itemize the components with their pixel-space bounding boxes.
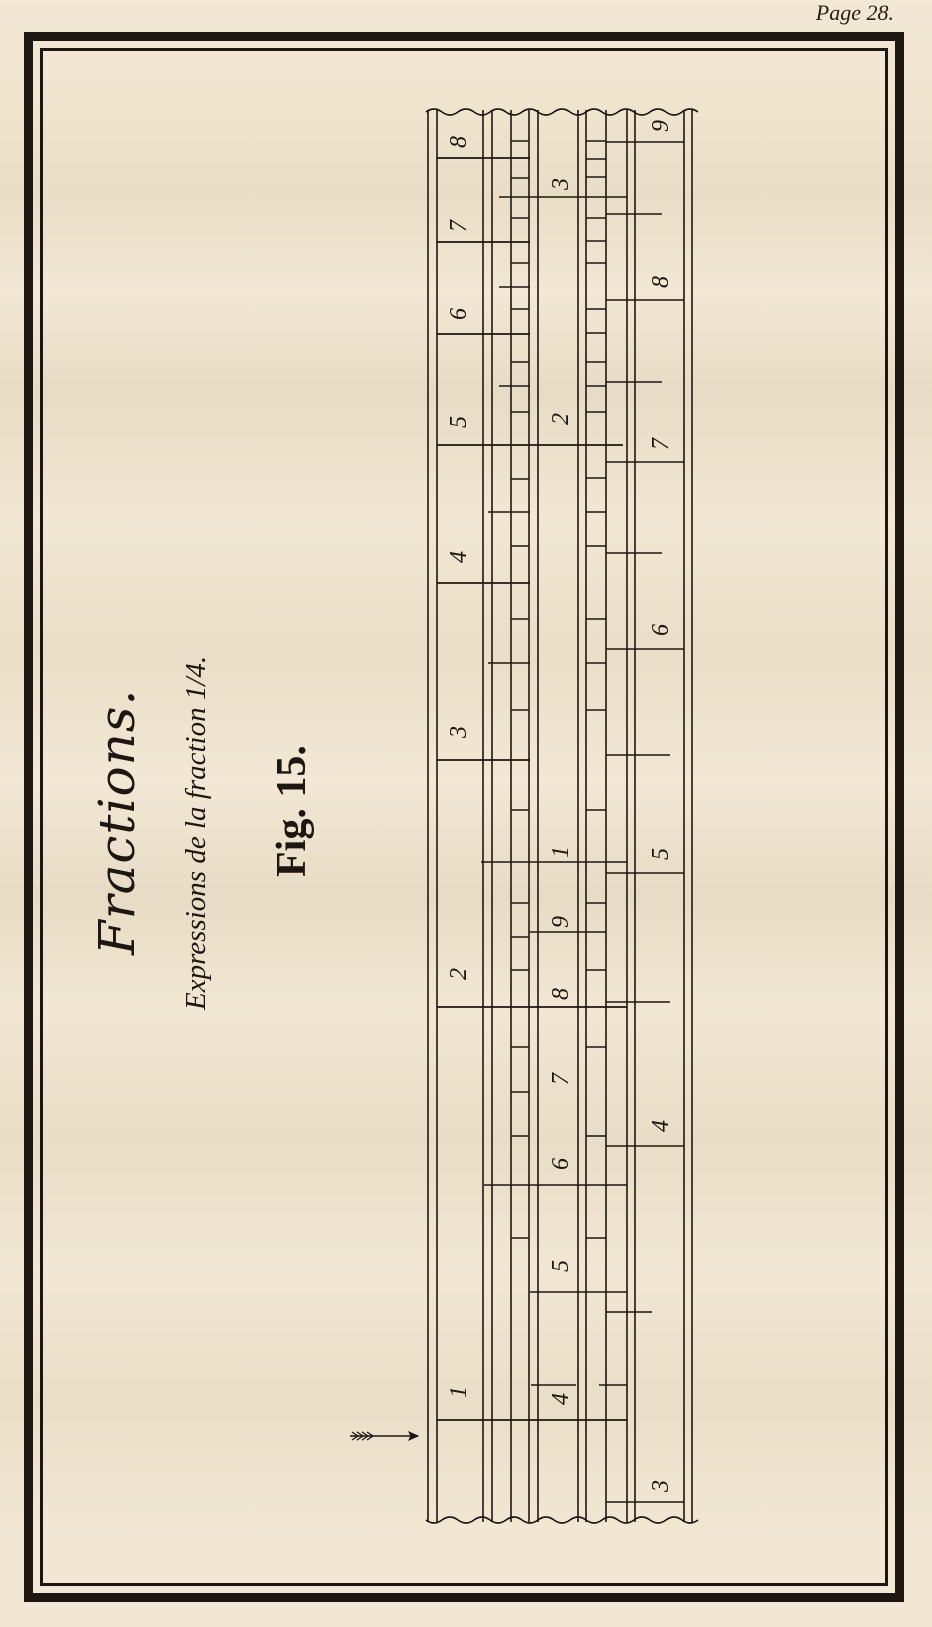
strip-b-label: 9 bbox=[548, 916, 574, 928]
strip-a-label: 1 bbox=[446, 1386, 472, 1398]
strip-c-label: 7 bbox=[648, 437, 674, 450]
strip-a-label: 4 bbox=[446, 551, 472, 563]
strip-b-label: 3 bbox=[548, 178, 574, 191]
strip-b-label: 1 bbox=[548, 846, 574, 858]
scale-ticks bbox=[481, 141, 627, 1385]
strip-c-labels: 3 4 5 6 7 8 9 bbox=[648, 120, 674, 1493]
strip-c-divisions bbox=[606, 142, 684, 1502]
strip-c-label: 6 bbox=[648, 624, 674, 636]
strip-b-labels: 4 5 6 7 8 9 1 2 3 bbox=[548, 178, 574, 1405]
strip-b-label: 2 bbox=[548, 413, 574, 425]
strip-a-label: 7 bbox=[446, 219, 472, 232]
strip-outlines bbox=[426, 109, 698, 1523]
strip-a-divisions bbox=[437, 158, 627, 1420]
strip-a-label: 8 bbox=[446, 136, 472, 148]
strip-b-label: 8 bbox=[548, 988, 574, 1000]
strip-a-label: 2 bbox=[446, 968, 472, 980]
strip-c-label: 3 bbox=[648, 1480, 674, 1493]
strip-b-label: 6 bbox=[548, 1158, 574, 1170]
strip-a-label: 6 bbox=[446, 308, 472, 320]
strip-a-label: 3 bbox=[446, 726, 472, 739]
strip-b-label: 4 bbox=[548, 1393, 574, 1405]
strip-a-label: 5 bbox=[446, 416, 472, 428]
strip-c-label: 9 bbox=[648, 120, 674, 132]
strip-c-label: 5 bbox=[648, 848, 674, 860]
strip-c-label: 4 bbox=[648, 1120, 674, 1132]
strip-a-labels: 1 2 3 4 5 6 7 8 bbox=[446, 136, 472, 1398]
strip-b-label: 5 bbox=[548, 1260, 574, 1272]
strip-c-label: 8 bbox=[648, 276, 674, 288]
strip-b-label: 7 bbox=[548, 1072, 574, 1085]
feathered-arrow-icon bbox=[350, 1432, 418, 1440]
fraction-strips-diagram: 1 2 3 4 5 6 7 8 4 5 6 7 8 9 1 2 3 3 4 5 … bbox=[0, 0, 932, 1627]
